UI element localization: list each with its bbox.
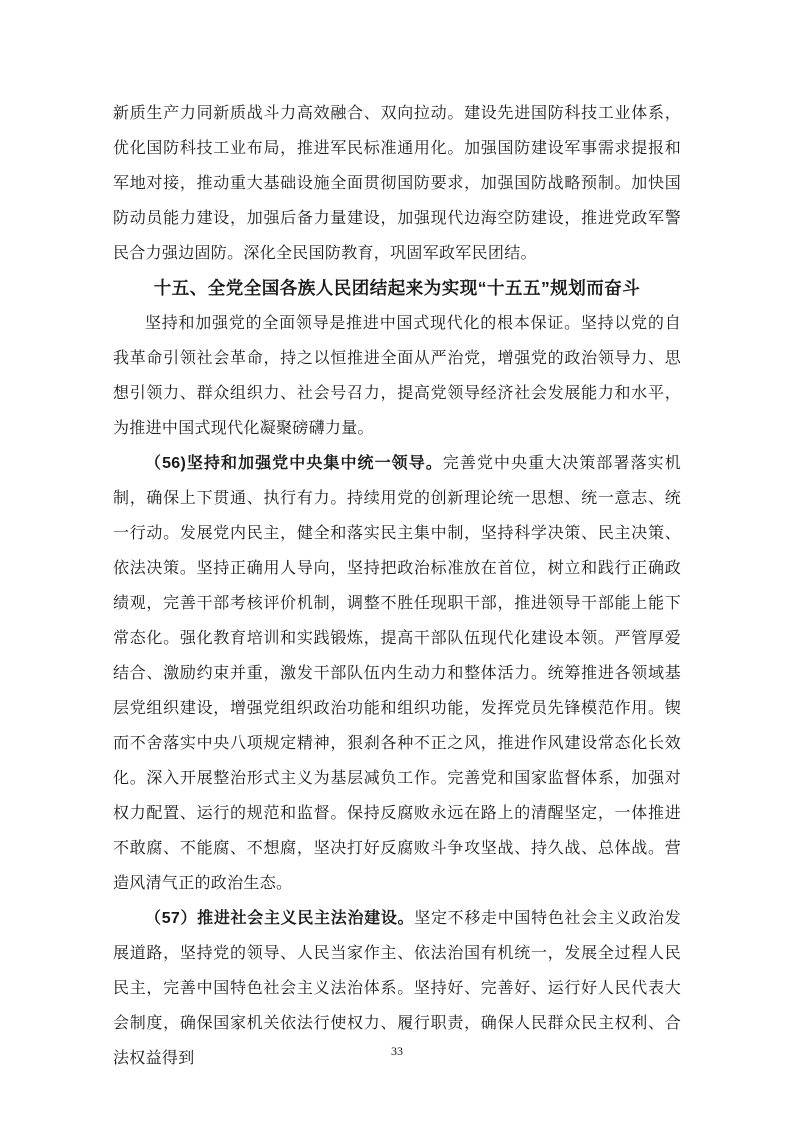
section-heading: 十五、全党全国各族人民团结起来为实现“十五五”规划而奋斗 [113, 271, 681, 306]
paragraph-text: 完善党中央重大决策部署落实机制，确保上下贯通、执行有力。持续用党的创新理论统一思… [113, 455, 681, 892]
paragraph-item-56: （56)坚持和加强党中央集中统一领导。完善党中央重大决策部署落实机制，确保上下贯… [113, 446, 681, 901]
page-content: 新质生产力同新质战斗力高效融合、双向拉动。建设先进国防科技工业体系，优化国防科技… [113, 96, 681, 1076]
paragraph-continuation: 新质生产力同新质战斗力高效融合、双向拉动。建设先进国防科技工业体系，优化国防科技… [113, 96, 681, 271]
document-page: 新质生产力同新质战斗力高效融合、双向拉动。建设先进国防科技工业体系，优化国防科技… [0, 0, 794, 1123]
item-57-lead: （57）推进社会主义民主法治建设。 [145, 910, 414, 927]
paragraph: 坚持和加强党的全面领导是推进中国式现代化的根本保证。坚持以党的自我革命引领社会革… [113, 306, 681, 446]
paragraph-text: 坚持和加强党的全面领导是推进中国式现代化的根本保证。坚持以党的自我革命引领社会革… [113, 315, 681, 437]
item-56-lead: （56)坚持和加强党中央集中统一领导。 [145, 455, 443, 472]
page-number: 33 [0, 1044, 794, 1059]
paragraph-text: 新质生产力同新质战斗力高效融合、双向拉动。建设先进国防科技工业体系，优化国防科技… [113, 105, 681, 262]
